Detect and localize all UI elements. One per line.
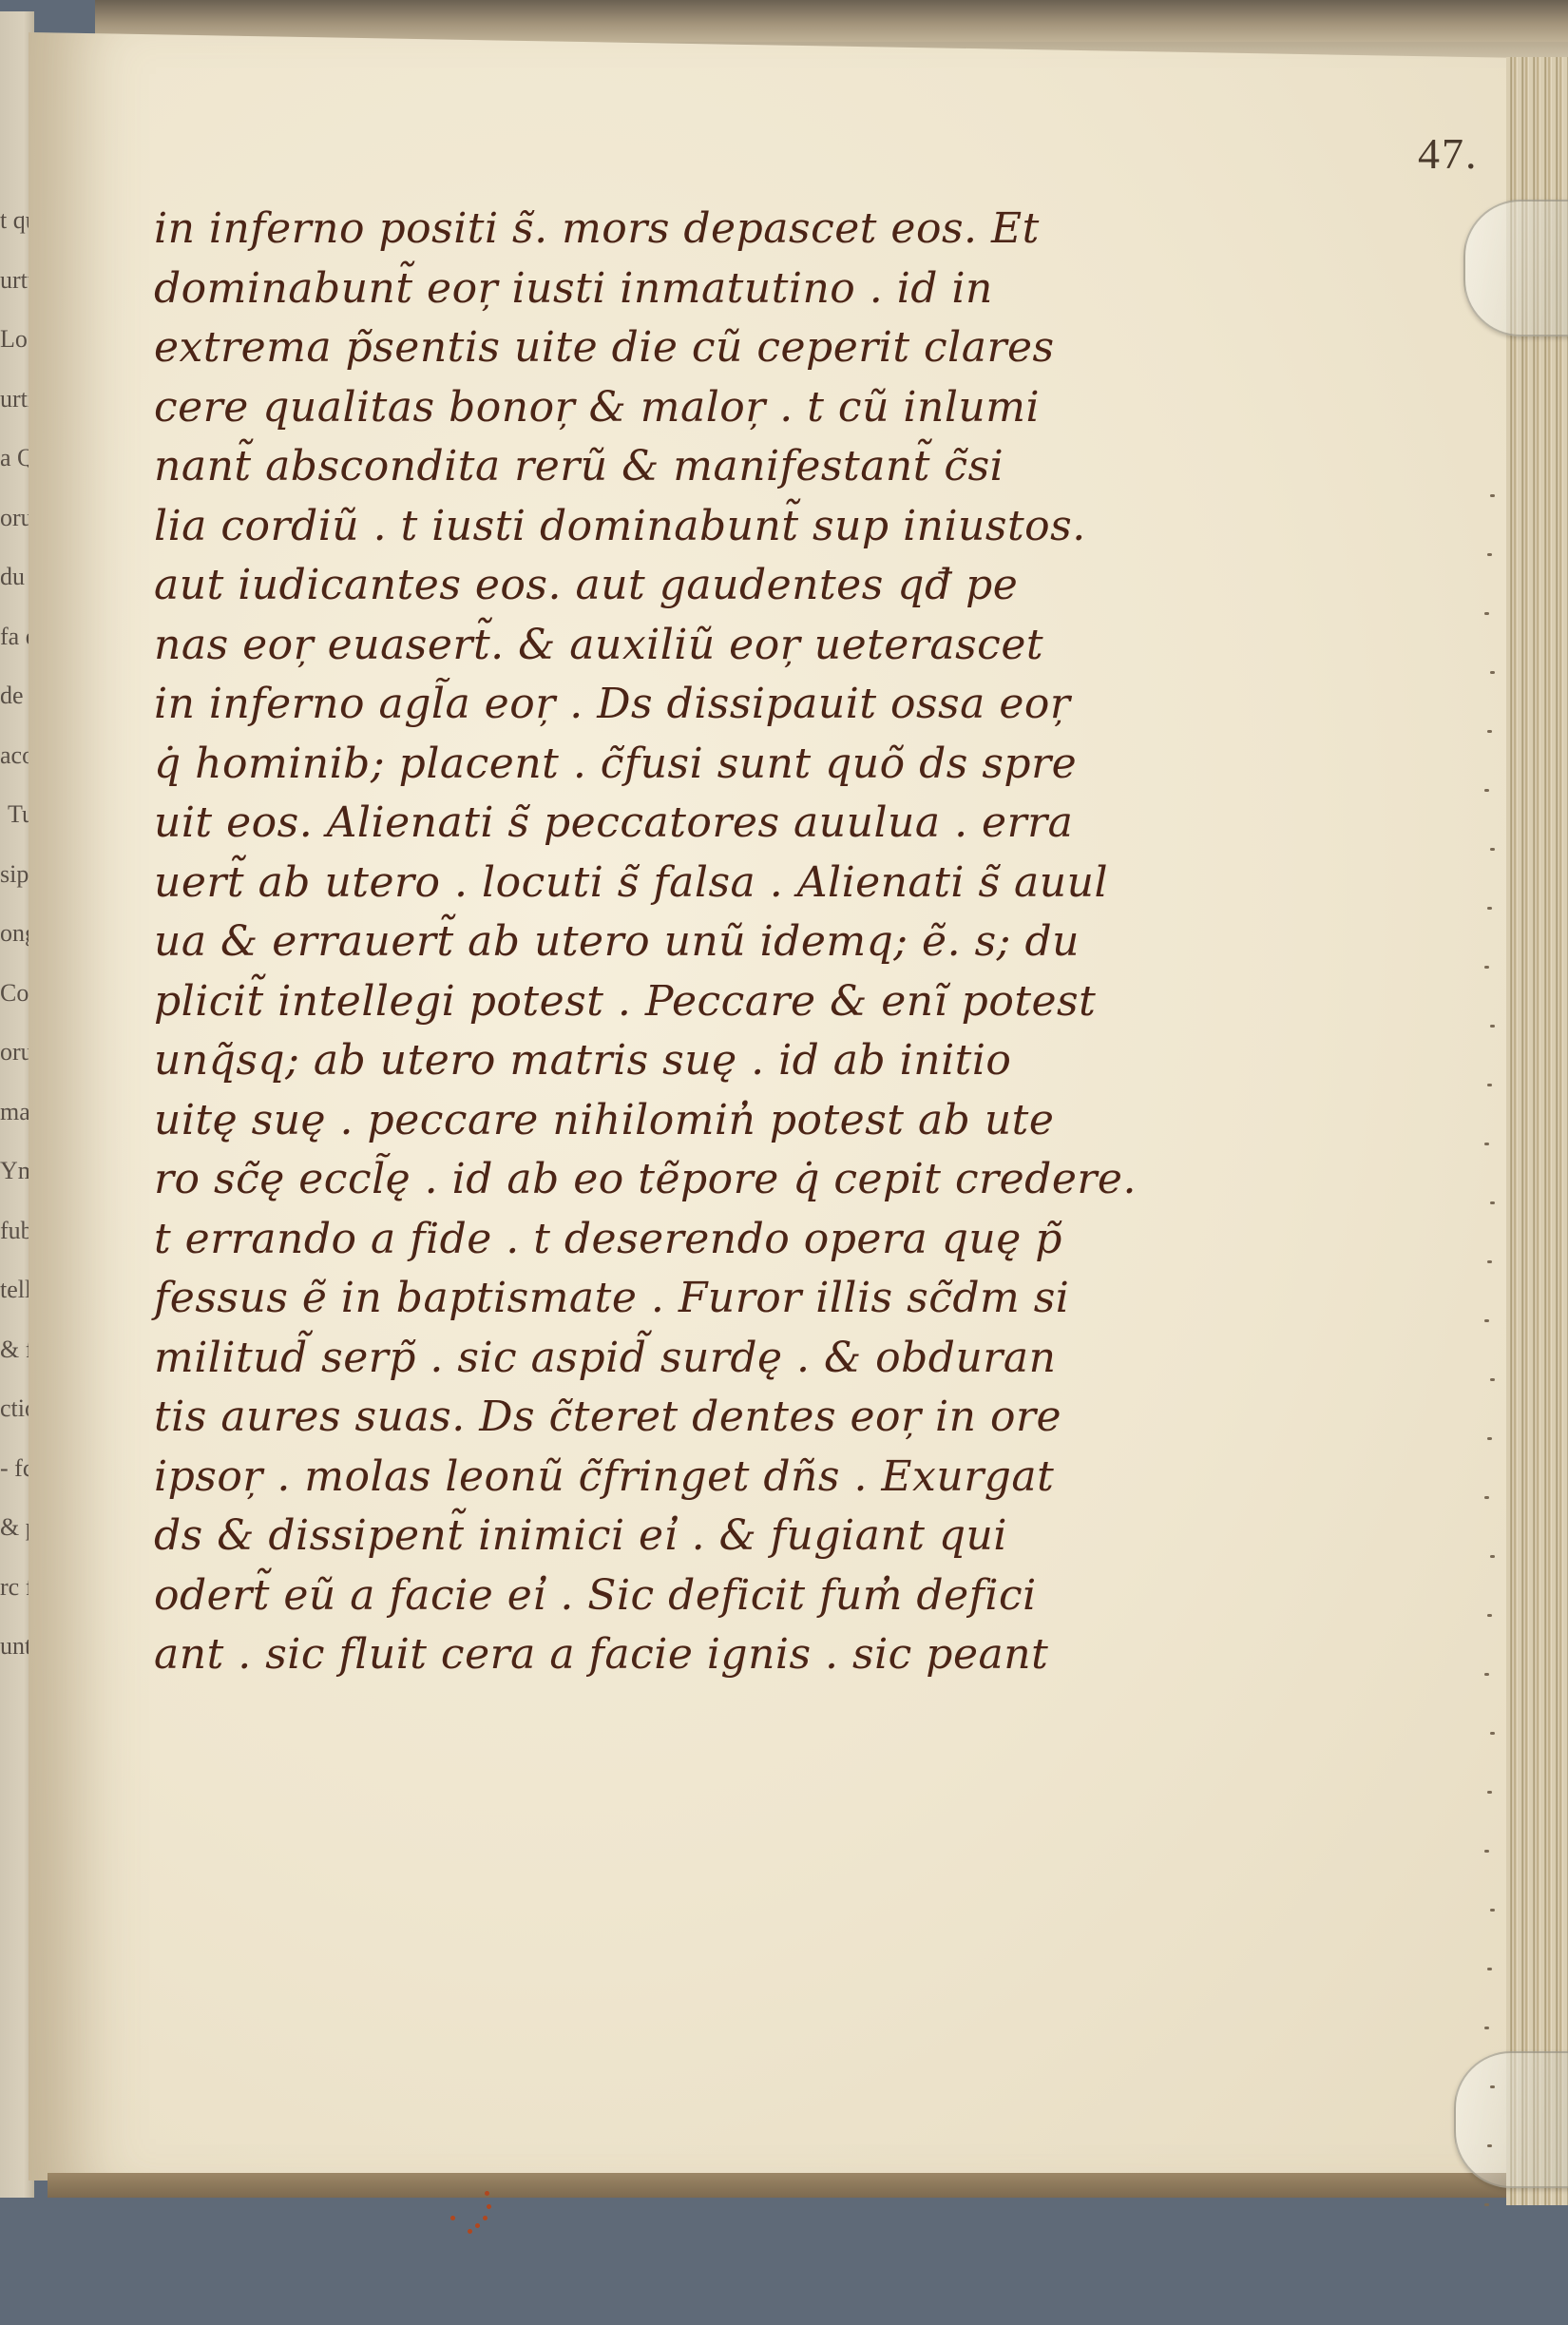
text-line: uert̃ ab utero . locuti s̃ falsa . Alien… (154, 854, 1275, 913)
text-line: q̇ hominib; placent . c̃fusi sunt quõ d… (154, 735, 1275, 795)
pricking-mark (1490, 1378, 1495, 1381)
pricking-mark (1490, 1732, 1495, 1735)
text-line: t errando a fide . t deserendo opera que… (154, 1210, 1275, 1270)
pricking-mark (1484, 2203, 1489, 2206)
pricking-mark (1490, 494, 1495, 497)
pricking-mark (1490, 1909, 1495, 1912)
pricking-mark (1484, 2027, 1489, 2029)
text-line: nant̃ abscondita rerũ & manifestant̃ c̃… (154, 437, 1275, 497)
text-line: ro sc̃ę eccl̃ę . id ab eo tẽpore q̇ c… (154, 1150, 1275, 1210)
pricking-mark (1487, 553, 1492, 556)
pricking-mark (1490, 2085, 1495, 2088)
text-line: uit eos. Alienati s̃ peccatores auulua .… (154, 794, 1275, 854)
pricking-mark (1484, 789, 1489, 792)
fore-edge-leaves (1506, 57, 1568, 2205)
pricking-mark (1487, 1791, 1492, 1794)
pricking-mark (1487, 1437, 1492, 1440)
text-line: lia cordiũ . t iusti dominabunt̃ sup in… (154, 497, 1275, 557)
text-line: in inferno agl̃a eoŗ . Ds dissipauit oss… (154, 675, 1275, 735)
text-line: uitę suę . peccare nihilomin̓ potest a… (154, 1091, 1275, 1151)
pricking-mark (1484, 1319, 1489, 1322)
text-line: extrema p̃sentis uite die cũ ceperit cl… (154, 318, 1275, 378)
text-line: ds & dissipent̃ inimici ei̓ . & fugiant … (154, 1507, 1275, 1566)
pricking-mark (1484, 1850, 1489, 1853)
pricking-mark (1490, 671, 1495, 674)
text-line: fessus ẽ in baptismate . Furor illis sc… (154, 1269, 1275, 1329)
pricking-mark (1487, 1614, 1492, 1617)
pricking-mark (1487, 2144, 1492, 2147)
page-clip-bottom (1454, 2051, 1568, 2188)
pricking-mark (1487, 907, 1492, 910)
pricking-mark (1487, 730, 1492, 733)
text-line: aut iudicantes eos. aut gaudentes qđ pe (154, 556, 1275, 616)
text-line: cere qualitas bonoŗ & maloŗ . t cũ inlu… (154, 378, 1275, 438)
pricking-mark (1490, 1025, 1495, 1028)
text-line: dominabunt̃ eoŗ iusti inmatutino . id in (154, 259, 1275, 319)
text-line: ipsoŗ . molas leonũ c̃fringet dñs . Ex… (154, 1448, 1275, 1508)
text-line: plicit̃ intellegi potest . Peccare & eni… (154, 972, 1275, 1032)
binding-bottom-edge (48, 2173, 1568, 2198)
text-line: odert̃ eũ a facie ei̓ . Sic deficit fum… (154, 1566, 1275, 1626)
pricking-mark (1484, 612, 1489, 615)
pricking-mark (1490, 848, 1495, 851)
text-line: ua & errauert̃ ab utero unũ idemq; ẽ. … (154, 913, 1275, 972)
text-line: tis aures suas. Ds c̃teret dentes eoŗ in… (154, 1388, 1275, 1448)
pricking-mark (1487, 1968, 1492, 1970)
folio-number: 47. (1418, 128, 1479, 179)
text-line: nas eoŗ euasert̃. & auxiliũ eoŗ ueteras… (154, 616, 1275, 676)
pricking-mark (1490, 1555, 1495, 1558)
pricking-mark (1484, 1673, 1489, 1676)
page-clip-top (1463, 200, 1568, 336)
pricking-mark (1487, 1260, 1492, 1263)
pricking-mark (1490, 1201, 1495, 1204)
manuscript-text-block: in inferno positi s̃. mors depascet eos.… (154, 200, 1275, 1685)
pricking-mark (1484, 966, 1489, 969)
text-line: militud̃ serp̃ . sic aspid̃ surdę . & o… (154, 1329, 1275, 1389)
text-line: in inferno positi s̃. mors depascet eos.… (154, 200, 1275, 259)
pricking-mark (1484, 1143, 1489, 1145)
pricking-mark (1487, 1084, 1492, 1086)
ink-stain-dots (447, 2191, 504, 2248)
text-line: ant . sic fluit cera a facie ignis . sic… (154, 1625, 1275, 1685)
text-line: unq̃sq; ab utero matris suę . id ab ini… (154, 1031, 1275, 1091)
pricking-mark (1484, 1496, 1489, 1499)
